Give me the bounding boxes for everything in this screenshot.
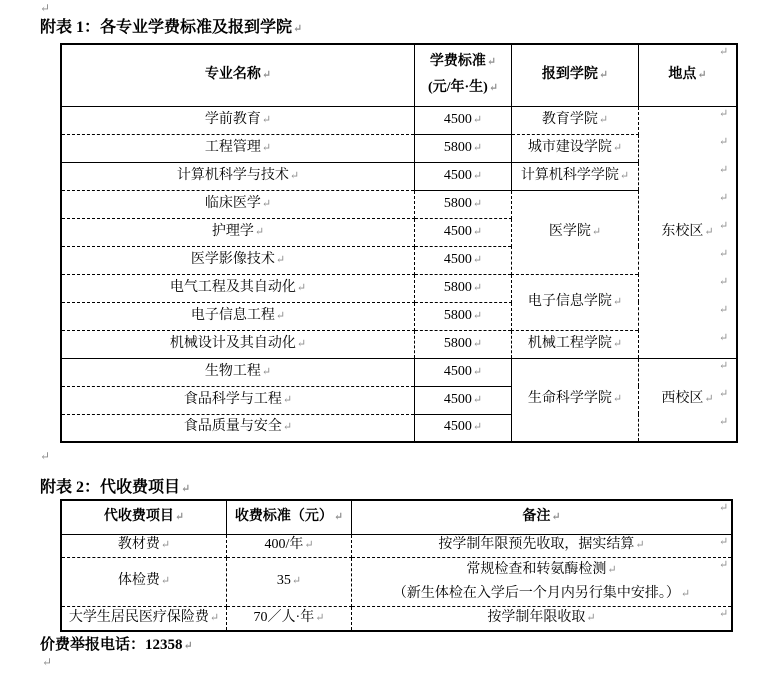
cell-college: 机械工程学院↵ <box>512 330 639 358</box>
header-fee: 学费标准↵ (元/年·生)↵ <box>415 44 512 106</box>
table2-row-end-marks: ↵ ↵ ↵ ↵ <box>719 499 728 630</box>
major-text: 学前教育 <box>205 112 261 127</box>
row-end-mark: ↵ <box>719 499 728 533</box>
college-text: 城市建设学院 <box>528 140 612 155</box>
header-note: 备注↵ <box>352 500 733 534</box>
major-text: 食品质量与安全 <box>184 419 282 434</box>
paragraph-mark-icon: ↵ <box>283 421 292 433</box>
cell-note: 按学制年限收取↵ <box>352 606 733 631</box>
fee-text: 4500 <box>444 168 472 183</box>
paragraph-mark-icon: ↵ <box>161 575 170 587</box>
paragraph-mark-icon: ↵ <box>719 556 728 571</box>
paragraph-mark-icon: ↵ <box>719 301 728 316</box>
fee-text: 5800 <box>444 336 472 351</box>
fee-item-text: 大学生居民医疗保险费 <box>69 610 209 625</box>
paragraph-mark-icon: ↵ <box>297 282 306 294</box>
header-college-label: 报到学院 <box>542 67 598 82</box>
cell-major: 工程管理↵ <box>61 134 415 162</box>
row-end-mark: ↵ <box>719 605 728 630</box>
cell-major: 生物工程↵ <box>61 358 415 386</box>
row-end-mark: ↵ <box>719 357 728 385</box>
table1-row-end-marks: ↵ ↵ ↵ ↵ ↵ ↵ ↵ ↵ ↵ ↵ ↵ ↵ ↵ <box>719 43 728 441</box>
fee-text: 4500 <box>444 392 472 407</box>
note-text: 按学制年限预先收取，据实结算 <box>438 537 634 552</box>
paragraph-mark-icon: ↵ <box>704 226 713 238</box>
college-text: 医学院 <box>549 224 591 239</box>
paragraph-mark-icon: ↵ <box>473 282 482 294</box>
paragraph-mark-icon: ↵ <box>290 170 299 182</box>
paragraph-mark-icon: ↵ <box>719 533 728 548</box>
paragraph-mark-icon: ↵ <box>719 133 728 148</box>
row-end-mark: ↵ <box>719 329 728 357</box>
row-end-mark: ↵ <box>719 556 728 605</box>
fee-text: 4500 <box>444 364 472 379</box>
table-row: 教材费↵ 400/年↵ 按学制年限预先收取，据实结算↵ <box>61 534 732 557</box>
note-text-line2: （新生体检在入学后一个月内另行集中安排。） <box>393 586 680 601</box>
paragraph-mark-icon: ↵ <box>293 23 302 35</box>
table1-title-text: 附表 1：各专业学费标准及报到学院 <box>40 19 292 36</box>
college-text: 教育学院 <box>542 112 598 127</box>
paragraph-mark-icon: ↵ <box>599 69 608 81</box>
cell-college: 教育学院↵ <box>512 106 639 134</box>
paragraph-mark-icon: ↵ <box>184 640 193 652</box>
note-text: 按学制年限收取 <box>487 610 585 625</box>
tuition-table: 专业名称↵ 学费标准↵ (元/年·生)↵ 报到学院↵ 地点↵ 学前教育↵ 450… <box>60 43 738 443</box>
cell-note: 常规检查和转氨酶检测↵ （新生体检在入学后一个月内另行集中安排。）↵ <box>352 557 733 606</box>
table2-title-text: 附表 2：代收费项目 <box>40 479 180 496</box>
paragraph-mark-icon: ↵ <box>719 43 728 58</box>
cell-fee: 4500↵ <box>415 386 512 414</box>
paragraph-mark-icon: ↵ <box>613 338 622 350</box>
major-text: 生物工程 <box>205 364 261 379</box>
paragraph-mark-icon: ↵ <box>262 69 271 81</box>
major-text: 医学影像技术 <box>191 252 275 267</box>
cell-fee: 4500↵ <box>415 414 512 442</box>
fees-table-header-row: 代收费项目↵ 收费标准（元）↵ 备注↵ <box>61 500 732 534</box>
price-report-hotline: 价费举报电话：12358↵ <box>40 633 193 654</box>
header-major: 专业名称↵ <box>61 44 415 106</box>
paragraph-mark-icon: ↵ <box>42 655 52 670</box>
cell-major: 学前教育↵ <box>61 106 415 134</box>
cell-fee: 5800↵ <box>415 302 512 330</box>
paragraph-mark-icon: ↵ <box>473 338 482 350</box>
location-text: 西校区 <box>661 391 703 406</box>
location-text: 东校区 <box>661 224 703 239</box>
paragraph-mark-icon: ↵ <box>161 539 170 551</box>
paragraph-mark-icon: ↵ <box>292 575 301 587</box>
cell-major: 临床医学↵ <box>61 190 415 218</box>
header-fee-item-label: 代收费项目 <box>104 509 174 524</box>
table-row: 计算机科学与技术↵ 4500↵ 计算机科学学院↵ <box>61 162 737 190</box>
cell-fee: 4500↵ <box>415 162 512 190</box>
row-end-mark: ↵ <box>719 189 728 217</box>
cell-major: 机械设计及其自动化↵ <box>61 330 415 358</box>
college-text: 机械工程学院 <box>528 336 612 351</box>
cell-fee-standard: 35↵ <box>227 557 352 606</box>
paragraph-mark-icon: ↵ <box>719 605 728 620</box>
cell-fee-item: 大学生居民医疗保险费↵ <box>61 606 227 631</box>
paragraph-mark-icon: ↵ <box>255 226 264 238</box>
cell-note: 按学制年限预先收取，据实结算↵ <box>352 534 733 557</box>
header-fee-standard-label: 收费标准（元） <box>235 509 333 524</box>
cell-major: 食品科学与工程↵ <box>61 386 415 414</box>
paragraph-mark-icon: ↵ <box>697 69 706 81</box>
row-end-mark: ↵ <box>719 161 728 189</box>
cell-major: 食品质量与安全↵ <box>61 414 415 442</box>
header-fee-item: 代收费项目↵ <box>61 500 227 534</box>
table-row: 临床医学↵ 5800↵ 医学院↵ <box>61 190 737 218</box>
fee-standard-text: 35 <box>277 573 291 588</box>
row-end-mark: ↵ <box>719 217 728 245</box>
paragraph-mark-icon: ↵ <box>473 114 482 126</box>
paragraph-mark-icon: ↵ <box>719 161 728 176</box>
fee-standard-text: 400/年 <box>264 537 303 552</box>
fee-text: 4500 <box>444 112 472 127</box>
fee-text: 4500 <box>444 419 472 434</box>
paragraph-mark-icon: ↵ <box>262 366 271 378</box>
hotline-text: 价费举报电话：12358 <box>40 637 183 653</box>
table-row: 大学生居民医疗保险费↵ 70／人·年↵ 按学制年限收取↵ <box>61 606 732 631</box>
table-row: 学前教育↵ 4500↵ 教育学院↵ 东校区↵ <box>61 106 737 134</box>
paragraph-mark-icon: ↵ <box>473 310 482 322</box>
paragraph-mark-icon: ↵ <box>620 170 629 182</box>
cell-college: 城市建设学院↵ <box>512 134 639 162</box>
paragraph-mark-icon: ↵ <box>297 338 306 350</box>
paragraph-mark-icon: ↵ <box>181 483 190 495</box>
major-text: 护理学 <box>212 224 254 239</box>
college-text: 生命科学学院 <box>528 391 612 406</box>
header-note-label: 备注 <box>522 509 550 524</box>
row-end-mark: ↵ <box>719 273 728 301</box>
fee-item-text: 体检费 <box>118 573 160 588</box>
header-major-label: 专业名称 <box>205 67 261 82</box>
paragraph-mark-icon: ↵ <box>592 226 601 238</box>
paragraph-mark-icon: ↵ <box>262 142 271 154</box>
fee-standard-text: 70／人·年 <box>254 610 315 625</box>
row-end-mark: ↵ <box>719 43 728 105</box>
fee-item-text: 教材费 <box>118 537 160 552</box>
paragraph-mark-icon: ↵ <box>262 198 271 210</box>
paragraph-mark-icon: ↵ <box>613 296 622 308</box>
paragraph-mark-icon: ↵ <box>719 189 728 204</box>
cell-fee: 5800↵ <box>415 274 512 302</box>
collected-fees-table: 代收费项目↵ 收费标准（元）↵ 备注↵ 教材费↵ 400/年↵ 按学制年限预先收… <box>60 499 733 632</box>
table-row: 体检费↵ 35↵ 常规检查和转氨酶检测↵ （新生体检在入学后一个月内另行集中安排… <box>61 557 732 606</box>
college-text: 电子信息学院 <box>528 294 612 309</box>
paragraph-mark-icon: ↵ <box>473 142 482 154</box>
header-location-label: 地点 <box>668 67 696 82</box>
row-end-mark: ↵ <box>719 301 728 329</box>
major-text: 电气工程及其自动化 <box>170 280 296 295</box>
cell-fee: 5800↵ <box>415 330 512 358</box>
paragraph-mark-icon: ↵ <box>473 226 482 238</box>
cell-major: 电气工程及其自动化↵ <box>61 274 415 302</box>
major-text: 电子信息工程 <box>191 308 275 323</box>
table2-title: 附表 2：代收费项目↵ <box>40 474 190 497</box>
paragraph-mark-icon: ↵ <box>607 564 616 576</box>
paragraph-mark-icon: ↵ <box>719 413 728 428</box>
paragraph-mark-icon: ↵ <box>551 511 560 523</box>
paragraph-mark-icon: ↵ <box>681 588 690 600</box>
cell-major: 医学影像技术↵ <box>61 246 415 274</box>
row-end-mark: ↵ <box>719 385 728 413</box>
table-row: 机械设计及其自动化↵ 5800↵ 机械工程学院↵ <box>61 330 737 358</box>
paragraph-mark-icon: ↵ <box>719 499 728 514</box>
paragraph-mark-icon: ↵ <box>719 105 728 120</box>
paragraph-mark-icon: ↵ <box>262 114 271 126</box>
row-end-mark: ↵ <box>719 533 728 556</box>
cell-fee: 5800↵ <box>415 190 512 218</box>
table-row: 电气工程及其自动化↵ 5800↵ 电子信息学院↵ <box>61 274 737 302</box>
table-row: 生物工程↵ 4500↵ 生命科学学院↵ 西校区↵ <box>61 358 737 386</box>
paragraph-mark-icon: ↵ <box>276 254 285 266</box>
paragraph-mark-icon: ↵ <box>489 82 498 94</box>
paragraph-mark-icon: ↵ <box>635 539 644 551</box>
cell-fee: 5800↵ <box>415 134 512 162</box>
fee-text: 5800 <box>444 196 472 211</box>
paragraph-mark-icon: ↵ <box>613 142 622 154</box>
cell-fee-standard: 400/年↵ <box>227 534 352 557</box>
cell-fee: 4500↵ <box>415 218 512 246</box>
cell-college-electronics: 电子信息学院↵ <box>512 274 639 330</box>
note-text-line1: 常规检查和转氨酶检测 <box>466 562 606 577</box>
fee-text: 5800 <box>444 140 472 155</box>
cell-fee-standard: 70／人·年↵ <box>227 606 352 631</box>
major-text: 工程管理 <box>205 140 261 155</box>
header-college: 报到学院↵ <box>512 44 639 106</box>
cell-major: 护理学↵ <box>61 218 415 246</box>
fee-text: 5800 <box>444 308 472 323</box>
paragraph-mark-icon: ↵ <box>473 366 482 378</box>
header-fee-line2: (元/年·生) <box>428 80 488 95</box>
paragraph-mark-icon: ↵ <box>719 329 728 344</box>
paragraph-mark-icon: ↵ <box>719 245 728 260</box>
major-text: 机械设计及其自动化 <box>170 336 296 351</box>
paragraph-mark-icon: ↵ <box>719 357 728 372</box>
paragraph-mark-icon: ↵ <box>283 394 292 406</box>
fee-text: 5800 <box>444 280 472 295</box>
paragraph-mark-icon: ↵ <box>276 310 285 322</box>
cell-college-lifescience: 生命科学学院↵ <box>512 358 639 442</box>
cell-fee-item: 体检费↵ <box>61 557 227 606</box>
paragraph-mark-icon: ↵ <box>586 612 595 624</box>
cell-fee: 4500↵ <box>415 246 512 274</box>
cell-major: 电子信息工程↵ <box>61 302 415 330</box>
row-end-mark: ↵ <box>719 105 728 133</box>
document-page: { "marks": { "pilcrow": "↵" }, "table1":… <box>0 0 760 673</box>
major-text: 食品科学与工程 <box>184 392 282 407</box>
cell-fee-item: 教材费↵ <box>61 534 227 557</box>
paragraph-mark-icon: ↵ <box>304 539 313 551</box>
college-text: 计算机科学学院 <box>521 168 619 183</box>
paragraph-mark-icon: ↵ <box>704 393 713 405</box>
table-row: 工程管理↵ 5800↵ 城市建设学院↵ <box>61 134 737 162</box>
paragraph-mark-icon: ↵ <box>719 385 728 400</box>
paragraph-mark-icon: ↵ <box>473 394 482 406</box>
paragraph-mark-icon: ↵ <box>473 421 482 433</box>
paragraph-mark-icon: ↵ <box>599 114 608 126</box>
major-text: 临床医学 <box>205 196 261 211</box>
major-text: 计算机科学与技术 <box>177 168 289 183</box>
paragraph-mark-icon: ↵ <box>473 170 482 182</box>
paragraph-mark-icon: ↵ <box>473 254 482 266</box>
row-end-mark: ↵ <box>719 133 728 161</box>
cell-major: 计算机科学与技术↵ <box>61 162 415 190</box>
cell-fee: 4500↵ <box>415 358 512 386</box>
paragraph-mark-icon: ↵ <box>719 217 728 232</box>
fee-text: 4500 <box>444 224 472 239</box>
cell-college-medical: 医学院↵ <box>512 190 639 274</box>
tuition-table-header-row: 专业名称↵ 学费标准↵ (元/年·生)↵ 报到学院↵ 地点↵ <box>61 44 737 106</box>
paragraph-mark-icon: ↵ <box>40 449 50 464</box>
cell-college: 计算机科学学院↵ <box>512 162 639 190</box>
paragraph-mark-icon: ↵ <box>210 612 219 624</box>
paragraph-mark-icon: ↵ <box>719 273 728 288</box>
header-fee-line1: 学费标准 <box>430 54 486 69</box>
header-fee-standard: 收费标准（元）↵ <box>227 500 352 534</box>
fee-text: 4500 <box>444 252 472 267</box>
cell-fee: 4500↵ <box>415 106 512 134</box>
paragraph-mark-icon: ↵ <box>473 198 482 210</box>
paragraph-mark-icon: ↵ <box>315 612 324 624</box>
paragraph-mark-icon: ↵ <box>334 511 343 523</box>
table1-title: 附表 1：各专业学费标准及报到学院↵ <box>40 14 302 37</box>
row-end-mark: ↵ <box>719 245 728 273</box>
paragraph-mark-icon: ↵ <box>175 511 184 523</box>
paragraph-mark-icon: ↵ <box>487 56 496 68</box>
row-end-mark: ↵ <box>719 413 728 441</box>
paragraph-mark-icon: ↵ <box>613 393 622 405</box>
